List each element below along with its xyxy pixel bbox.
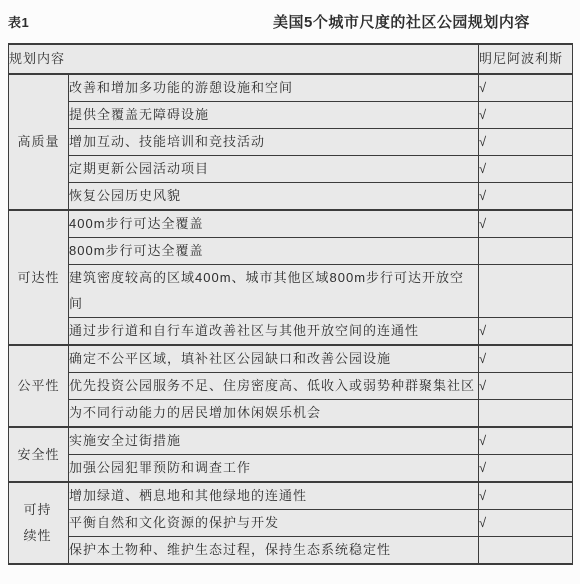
category-label: 可达性 xyxy=(17,270,59,285)
item-cell: 增加绿道、栖息地和其他绿地的连通性 xyxy=(69,482,479,510)
empty-check-cell xyxy=(479,400,573,428)
checkmark-cell: √ xyxy=(479,183,573,211)
page: 表1 美国5个城市尺度的社区公园规划内容 规划内容 明尼阿波利斯 高质量改善和增… xyxy=(0,0,580,584)
checkmark-cell: √ xyxy=(479,210,573,238)
table-row: 恢复公园历史风貌√ xyxy=(9,183,573,211)
category-label: 公平性 xyxy=(17,378,59,393)
doc-header: 表1 美国5个城市尺度的社区公园规划内容 xyxy=(0,10,580,34)
item-cell: 平衡自然和文化资源的保护与开发 xyxy=(69,510,479,537)
planning-table: 规划内容 明尼阿波利斯 高质量改善和增加多功能的游憩设施和空间√提供全覆盖无障碍… xyxy=(8,43,573,565)
table-row: 高质量改善和增加多功能的游憩设施和空间√ xyxy=(9,74,573,102)
item-cell: 保护本土物种、维护生态过程，保持生态系统稳定性 xyxy=(69,537,479,565)
table-row: 安全性实施安全过街措施√ xyxy=(9,427,573,455)
checkmark-cell: √ xyxy=(479,455,573,483)
category-label: 安全性 xyxy=(17,447,59,462)
table-row: 优先投资公园服务不足、住房密度高、低收入或弱势种群聚集社区√ xyxy=(9,373,573,400)
checkmark-cell: √ xyxy=(479,427,573,455)
checkmark-cell: √ xyxy=(479,373,573,400)
item-cell: 800m步行可达全覆盖 xyxy=(69,238,479,265)
table-row: 通过步行道和自行车道改善社区与其他开放空间的连通性√ xyxy=(9,318,573,346)
checkmark-cell: √ xyxy=(479,510,573,537)
table-row: 为不同行动能力的居民增加休闲娱乐机会 xyxy=(9,400,573,428)
empty-check-cell xyxy=(479,238,573,265)
table-row: 加强公园犯罪预防和调查工作√ xyxy=(9,455,573,483)
category-cell: 高质量 xyxy=(9,74,69,210)
item-cell: 为不同行动能力的居民增加休闲娱乐机会 xyxy=(69,400,479,428)
item-cell: 加强公园犯罪预防和调查工作 xyxy=(69,455,479,483)
category-label: 高质量 xyxy=(17,134,59,149)
item-cell: 实施安全过街措施 xyxy=(69,427,479,455)
table-row: 保护本土物种、维护生态过程，保持生态系统稳定性 xyxy=(9,537,573,565)
table-header-row: 规划内容 明尼阿波利斯 xyxy=(9,44,573,74)
planning-content-header: 规划内容 xyxy=(9,44,479,74)
table-row: 建筑密度较高的区域400m、城市其他区域800m步行可达开放空间 xyxy=(9,265,573,318)
table-row: 增加互动、技能培训和竞技活动√ xyxy=(9,129,573,156)
item-cell: 定期更新公园活动项目 xyxy=(69,156,479,183)
checkmark-cell: √ xyxy=(479,156,573,183)
checkmark-cell: √ xyxy=(479,102,573,129)
checkmark-cell: √ xyxy=(479,345,573,373)
table-row: 800m步行可达全覆盖 xyxy=(9,238,573,265)
category-cell: 可持续性 xyxy=(9,482,69,564)
item-cell: 改善和增加多功能的游憩设施和空间 xyxy=(69,74,479,102)
checkmark-cell: √ xyxy=(479,129,573,156)
table-title: 美国5个城市尺度的社区公园规划内容 xyxy=(273,11,530,32)
item-cell: 通过步行道和自行车道改善社区与其他开放空间的连通性 xyxy=(69,318,479,346)
minneapolis-column-header: 明尼阿波利斯 xyxy=(479,44,573,74)
item-cell: 恢复公园历史风貌 xyxy=(69,183,479,211)
table-label: 表1 xyxy=(8,12,29,31)
checkmark-cell: √ xyxy=(479,318,573,346)
item-cell: 确定不公平区域，填补社区公园缺口和改善公园设施 xyxy=(69,345,479,373)
table-row: 可持续性增加绿道、栖息地和其他绿地的连通性√ xyxy=(9,482,573,510)
checkmark-cell: √ xyxy=(479,74,573,102)
table-row: 提供全覆盖无障碍设施√ xyxy=(9,102,573,129)
category-label: 可持续性 xyxy=(24,497,54,549)
empty-check-cell xyxy=(479,265,573,318)
item-cell: 提供全覆盖无障碍设施 xyxy=(69,102,479,129)
table-row: 可达性400m步行可达全覆盖√ xyxy=(9,210,573,238)
item-cell: 优先投资公园服务不足、住房密度高、低收入或弱势种群聚集社区 xyxy=(69,373,479,400)
item-cell: 400m步行可达全覆盖 xyxy=(69,210,479,238)
item-cell: 建筑密度较高的区域400m、城市其他区域800m步行可达开放空间 xyxy=(69,265,479,318)
category-cell: 可达性 xyxy=(9,210,69,345)
table-row: 公平性确定不公平区域，填补社区公园缺口和改善公园设施√ xyxy=(9,345,573,373)
category-cell: 公平性 xyxy=(9,345,69,427)
category-cell: 安全性 xyxy=(9,427,69,482)
item-cell: 增加互动、技能培训和竞技活动 xyxy=(69,129,479,156)
table-row: 平衡自然和文化资源的保护与开发√ xyxy=(9,510,573,537)
checkmark-cell: √ xyxy=(479,482,573,510)
empty-check-cell xyxy=(479,537,573,565)
table-row: 定期更新公园活动项目√ xyxy=(9,156,573,183)
planning-table-body: 高质量改善和增加多功能的游憩设施和空间√提供全覆盖无障碍设施√增加互动、技能培训… xyxy=(9,74,573,564)
